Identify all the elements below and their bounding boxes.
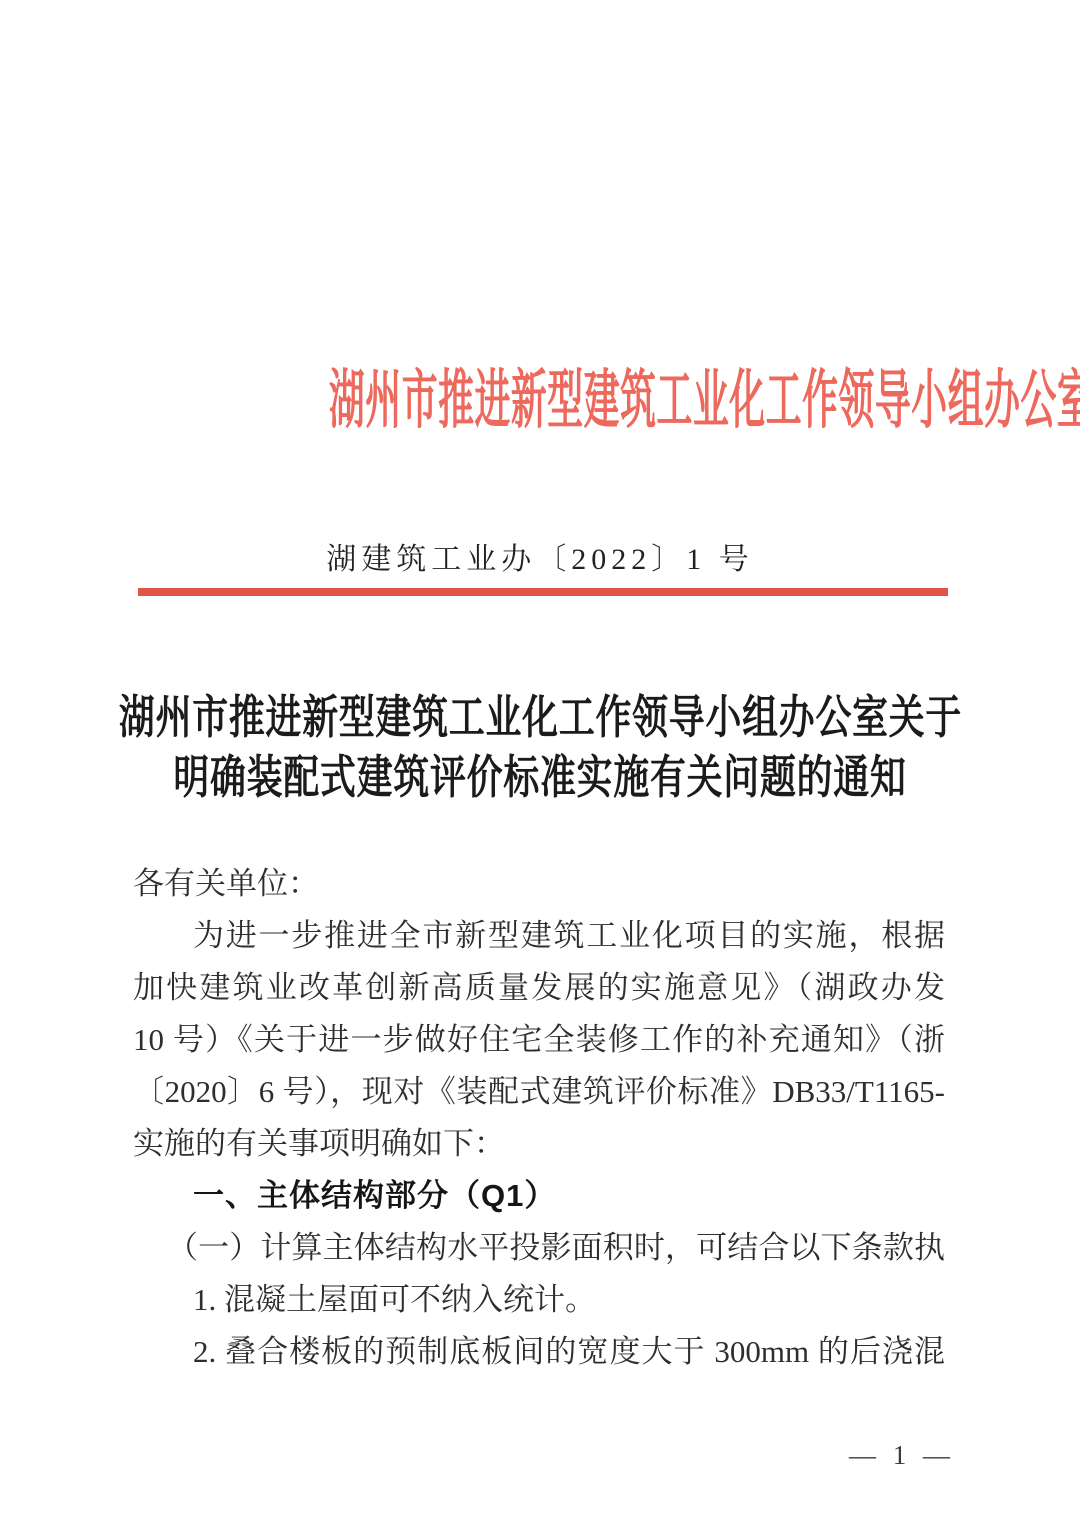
notice-title-line2: 明确装配式建筑评价标准实施有关问题的通知 [0,748,1080,808]
body-line: （一）计算主体结构水平投影面积时，可结合以下条款执行： [133,1222,945,1274]
body-line: 1. 混凝土屋面可不纳入统计。 [133,1274,945,1326]
notice-title: 湖州市推进新型建筑工业化工作领导小组办公室关于 明确装配式建筑评价标准实施有关问… [0,688,1080,808]
page-number: — 1 — [849,1440,950,1471]
notice-title-line1-text: 湖州市推进新型建筑工业化工作领导小组办公室关于 [119,688,962,748]
body-line: 实施的有关事项明确如下： [133,1118,945,1170]
notice-title-line2-text: 明确装配式建筑评价标准实施有关问题的通知 [173,748,906,808]
document-number: 湖建筑工业办〔2022〕1 号 [0,534,1080,578]
red-separator-rule [138,588,948,596]
notice-body: 各有关单位： 为进一步推进全市新型建筑工业化项目的实施，根据《关于 加快建筑业改… [133,858,945,1378]
section-heading-line: 一、主体结构部分（Q1） [133,1170,945,1222]
body-line: 〔2020〕6 号），现对《装配式建筑评价标准》DB33/T1165-2019 [133,1066,945,1118]
body-line: 为进一步推进全市新型建筑工业化项目的实施，根据《关于 [133,910,945,962]
body-line: 2. 叠合楼板的预制底板间的宽度大于 300mm 的后浇混凝士 [133,1326,945,1378]
document-page: 湖州市推进新型建筑工业化工作领导小组办公室文件 湖建筑工业办〔2022〕1 号 … [0,0,1080,1526]
body-line: 10 号）《关于进一步做好住宅全装修工作的补充通知》（浙建 [133,1014,945,1066]
red-banner-headline: 湖州市推进新型建筑工业化工作领导小组办公室文件 [0,366,1080,436]
red-banner-headline-text: 湖州市推进新型建筑工业化工作领导小组办公室文件 [329,366,1080,436]
notice-title-line1: 湖州市推进新型建筑工业化工作领导小组办公室关于 [0,688,1080,748]
salutation-line: 各有关单位： [133,858,945,910]
body-line: 加快建筑业改革创新高质量发展的实施意见》（湖政办发〔2022〕 [133,962,945,1014]
